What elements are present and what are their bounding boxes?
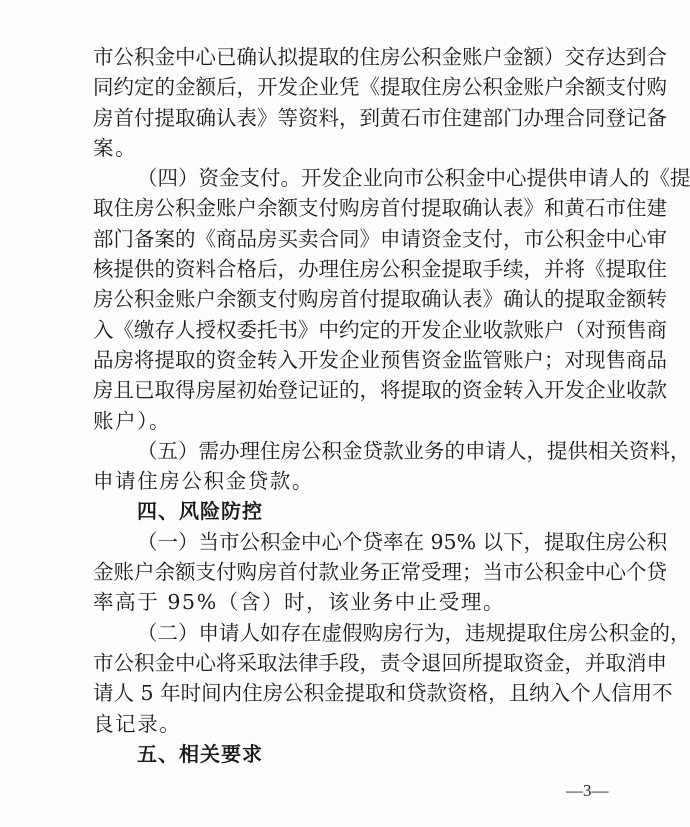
section-heading: 四、风险防控 xyxy=(93,496,609,526)
paragraph-line: 市公积金中心将采取法律手段，责令退回所提取资金，并取消申 xyxy=(93,648,609,678)
paragraph-line: 同约定的金额后，开发企业凭《提取住房公积金账户余额支付购 xyxy=(93,72,609,102)
document-page: 市公积金中心已确认拟提取的住房公积金账户金额）交存达到合同约定的金额后，开发企业… xyxy=(0,0,690,827)
paragraph-line: 率高于 95%（含）时，该业务中止受理。 xyxy=(93,587,609,617)
paragraph-line: （四）资金支付。开发企业向市公积金中心提供申请人的《提 xyxy=(93,163,609,193)
paragraph-line: 案。 xyxy=(93,133,609,163)
paragraph-line: 请人 5 年时间内住房公积金提取和贷款资格，且纳入个人信用不 xyxy=(93,678,609,708)
paragraph-line: 品房将提取的资金转入开发企业预售资金监管账户；对现售商品 xyxy=(93,345,609,375)
page-number: —3— xyxy=(566,781,609,801)
paragraph-line: 取住房公积金账户余额支付购房首付提取确认表》和黄石市住建 xyxy=(93,193,609,223)
paragraph-line: （一）当市公积金中心个贷率在 95% 以下，提取住房公积 xyxy=(93,527,609,557)
paragraph-line: 房公积金账户余额支付购房首付提取确认表》确认的提取金额转 xyxy=(93,284,609,314)
paragraph-line: 市公积金中心已确认拟提取的住房公积金账户金额）交存达到合 xyxy=(93,42,609,72)
paragraph-line: 部门备案的《商品房买卖合同》申请资金支付，市公积金中心审 xyxy=(93,224,609,254)
paragraph-line: 入《缴存人授权委托书》中约定的开发企业收款账户（对预售商 xyxy=(93,315,609,345)
paragraph-line: 账户）。 xyxy=(93,406,609,436)
paragraph-line: 良记录。 xyxy=(93,709,609,739)
document-body: 市公积金中心已确认拟提取的住房公积金账户金额）交存达到合同约定的金额后，开发企业… xyxy=(93,42,609,769)
paragraph-line: （二）申请人如存在虚假购房行为，违规提取住房公积金的， xyxy=(93,618,609,648)
paragraph-line: 房首付提取确认表》等资料，到黄石市住建部门办理合同登记备 xyxy=(93,103,609,133)
paragraph-line: 核提供的资料合格后，办理住房公积金提取手续，并将《提取住 xyxy=(93,254,609,284)
paragraph-line: 房且已取得房屋初始登记证的，将提取的资金转入开发企业收款 xyxy=(93,375,609,405)
section-heading: 五、相关要求 xyxy=(93,739,609,769)
paragraph-line: （五）需办理住房公积金贷款业务的申请人，提供相关资料， xyxy=(93,436,609,466)
paragraph-line: 金账户余额支付购房首付款业务正常受理；当市公积金中心个贷 xyxy=(93,557,609,587)
paragraph-line: 申请住房公积金贷款。 xyxy=(93,466,609,496)
